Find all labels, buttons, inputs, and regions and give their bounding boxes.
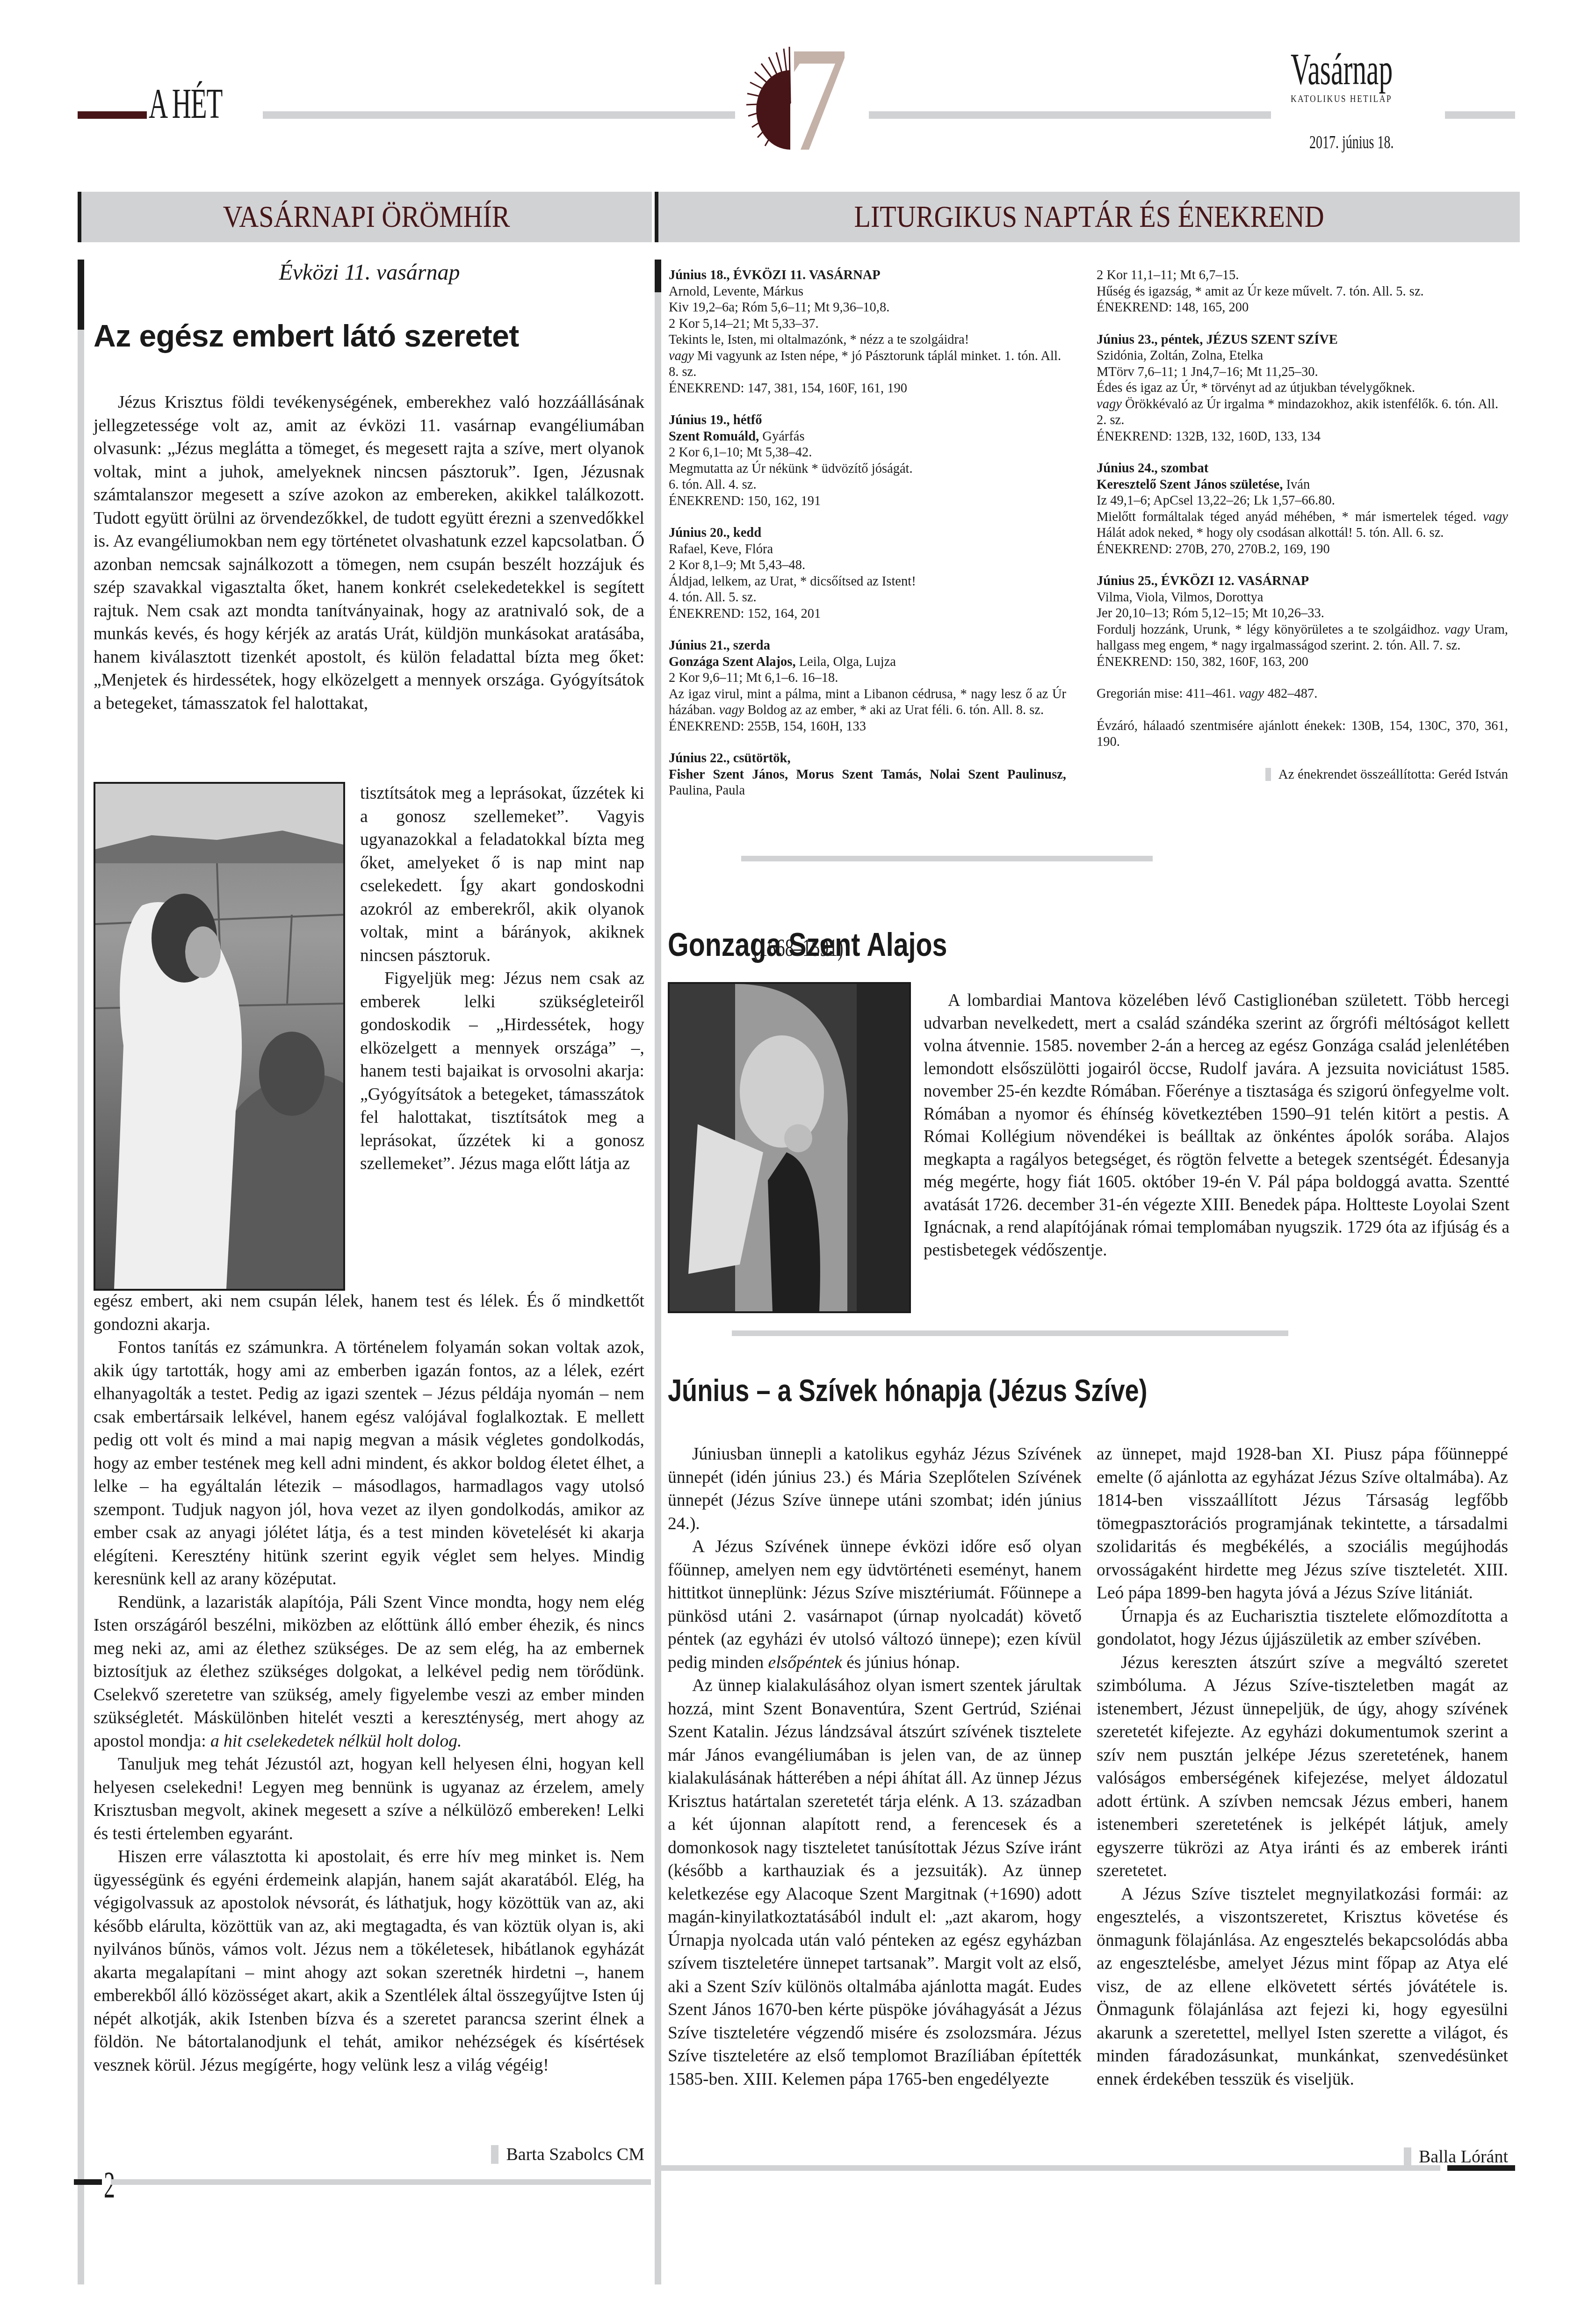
entry-date: Június 24., szombat	[1097, 461, 1508, 477]
author-byline: Balla Lóránt	[1097, 2147, 1508, 2167]
column-bar	[655, 292, 661, 2284]
entry-antiphon-alt: Örökkévaló az Úr irgalma * mindazokhoz, …	[1097, 397, 1498, 428]
paragraph: Jézus kereszten átszúrt szíve a megváltó…	[1097, 1651, 1508, 1883]
entry-date: Június 25., ÉVKÖZI 12. VASÁRNAP	[1097, 573, 1508, 590]
entry-antiphon: Mielőtt formáltalak téged anyád méhében,…	[1097, 510, 1476, 524]
page-number: 2	[104, 2164, 115, 2207]
entry-hymns: ÉNEKREND: 132B, 132, 160D, 133, 134	[1097, 429, 1508, 445]
section-title: LITURGIKUS NAPTÁR ÉS ÉNEKREND	[854, 199, 1324, 235]
entry-date: Június 19., hétfő	[669, 412, 1066, 429]
paragraph: A Jézus Szívének ünnepe évközi időre eső…	[668, 1535, 1082, 1674]
column-bar	[655, 260, 661, 292]
paragraph: Úrnapja és az Eucharisztia tisztelete el…	[1097, 1605, 1508, 1651]
calendar-col-2: 2 Kor 11,1–11; Mt 6,7–15. Hűség és igazs…	[1097, 267, 1508, 782]
entry-date: Június 20., kedd	[669, 525, 1066, 542]
gregorian-label: Gregorián mise: 411–461.	[1097, 687, 1235, 701]
author-name: Barta Szabolcs CM	[506, 2144, 644, 2165]
article-photo	[94, 782, 345, 1291]
calendar-entry: Június 25., ÉVKÖZI 12. VASÁRNAP Vilma, V…	[1097, 573, 1508, 670]
vagy-label: vagy	[1444, 622, 1470, 637]
divider-rule	[732, 1330, 1288, 1336]
paragraph-text: és június hónap.	[842, 1653, 960, 1672]
header-accent-bar	[78, 111, 147, 119]
paragraph: egész embert, aki nem csupán lélek, hane…	[94, 1290, 644, 1336]
sunburst-seven-icon	[739, 37, 860, 150]
paragraph: Az ünnep kialakulásához olyan ismert sze…	[668, 1674, 1082, 2091]
saint-painting-image	[670, 984, 909, 1311]
calendar-entry: Június 19., hétfő Szent Romuáld, Gyárfás…	[669, 412, 1066, 509]
paragraph: A lombardiai Mantova közelében lévő Cast…	[924, 990, 1509, 1262]
calendar-col-1: Június 18., ÉVKÖZI 11. VASÁRNAP Arnold, …	[669, 267, 1066, 815]
gregorian-alt: 482–487.	[1267, 687, 1317, 701]
vagy-label: vagy	[719, 703, 744, 717]
entry-antiphon: Fordulj hozzánk, Urunk, * légy könyörüle…	[1097, 622, 1440, 637]
paragraph: Hiszen erre választotta ki apostolait, é…	[94, 1845, 644, 2077]
column-bar	[78, 330, 84, 2284]
alajos-years: (1568–1591)	[753, 934, 843, 962]
footer-accent-bar	[74, 2179, 102, 2185]
entry-antiphon: Áldjad, lelkem, az Urat, * dicsőítsed az…	[669, 574, 1066, 590]
entry-hymns: ÉNEKREND: 152, 164, 201	[669, 606, 1066, 622]
entry-saints: Leila, Olga, Lujza	[796, 655, 896, 669]
entry-date: Június 23., péntek, JÉZUS SZENT SZÍVE	[1097, 332, 1508, 348]
entry-saint-bold: Fisher Szent János, Morus Szent Tamás, N…	[669, 767, 1066, 782]
calendar-entry: Június 21., szerda Gonzága Szent Alajos,…	[669, 638, 1066, 735]
article-body-bottom: egész embert, aki nem csupán lélek, hane…	[94, 1290, 644, 2077]
junius-heading: Június – a Szívek hónapja (Jézus Szíve)	[668, 1373, 1253, 1408]
junius-col-1: Júniusban ünnepli a katolikus egyház Jéz…	[668, 1443, 1082, 2091]
junius-col-2: az ünnepet, majd 1928-ban XI. Piusz pápa…	[1097, 1443, 1508, 2091]
entry-saints: Vilma, Viola, Vilmos, Dorottya	[1097, 590, 1508, 606]
entry-readings: Iz 49,1–6; ApCsel 13,22–26; Lk 1,57–66.8…	[1097, 493, 1508, 509]
week-logo	[739, 37, 860, 150]
calendar-entry-continued: 2 Kor 11,1–11; Mt 6,7–15. Hűség és igazs…	[1097, 267, 1508, 316]
entry-readings: MTörv 7,6–11; 1 Jn4,7–16; Mt 11,25–30.	[1097, 364, 1508, 381]
compiler-byline: Az énekrendet összeállította: Geréd Istv…	[1097, 766, 1508, 783]
entry-hymns: ÉNEKREND: 255B, 154, 160H, 133	[669, 719, 1066, 735]
entry-antiphon-alt: Hálát adok neked, * hogy oly csodásan al…	[1097, 526, 1444, 540]
entry-antiphon: Hűség és igazság, * amit az Úr keze műve…	[1097, 284, 1508, 300]
publication-subtitle: KATOLIKUS HETILAP	[1291, 93, 1418, 105]
entry-saints: Arnold, Levente, Márkus	[669, 284, 1066, 300]
paragraph: az ünnepet, majd 1928-ban XI. Piusz pápa…	[1097, 1443, 1508, 1605]
article-kicker: Évközi 11. vasárnap	[94, 260, 645, 285]
entry-saints: Szidónia, Zoltán, Zolna, Etelka	[1097, 348, 1508, 364]
vagy-label: vagy	[1239, 687, 1264, 701]
header-rule-end	[1445, 111, 1515, 119]
entry-saints: Iván	[1283, 477, 1310, 492]
paragraph: Júniusban ünnepli a katolikus egyház Jéz…	[668, 1443, 1082, 1535]
entry-readings: Jer 20,10–13; Róm 5,12–15; Mt 10,26–33.	[1097, 606, 1508, 622]
entry-date: Június 21., szerda	[669, 638, 1066, 654]
junius-title: Június – a Szívek hónapja (Jézus Szíve)	[668, 1373, 1148, 1408]
issue-date: 2017. június 18.	[1309, 131, 1394, 153]
entry-antiphon: Tekints le, Isten, mi oltalmazónk, * néz…	[669, 332, 1066, 348]
publication-name: Vasárnap	[1291, 47, 1389, 92]
entry-saints: Rafael, Keve, Flóra	[669, 542, 1066, 558]
entry-hymns: ÉNEKREND: 150, 162, 191	[669, 493, 1066, 510]
entry-antiphon: Megmutatta az Úr nékünk * üdvözítő jóság…	[669, 461, 1066, 477]
paragraph-text: Rendünk, a lazaristák alapítója, Páli Sz…	[94, 1593, 644, 1751]
compiler-name: Az énekrendet összeállította: Geréd Istv…	[1278, 766, 1508, 783]
calendar-entry: Június 18., ÉVKÖZI 11. VASÁRNAP Arnold, …	[669, 267, 1066, 397]
vagy-label: vagy	[1483, 510, 1508, 524]
entry-antiphon-alt: Boldog az az ember, * aki az Urat féli. …	[748, 703, 1044, 717]
entry-saints: Paulina, Paula	[669, 783, 745, 798]
entry-antiphon-alt: 6. tón. All. 4. sz.	[669, 477, 1066, 493]
entry-saint-bold: Keresztelő Szent János születése,	[1097, 477, 1283, 492]
entry-saint-bold: Szent Romuáld,	[669, 429, 759, 444]
column-bar	[78, 260, 84, 330]
first-friday: elsőpéntek	[768, 1653, 842, 1672]
entry-antiphon: Édes és igaz az Úr, * törvényt ad az útj…	[1097, 380, 1508, 397]
entry-readings: 2 Kor 11,1–11; Mt 6,7–15.	[1097, 267, 1508, 284]
divider-rule	[741, 856, 1153, 861]
calendar-entry: Június 20., kedd Rafael, Keve, Flóra 2 K…	[669, 525, 1066, 622]
entry-readings: 2 Kor 6,1–10; Mt 5,38–42.	[669, 445, 1066, 461]
entry-hymns: ÉNEKREND: 270B, 270, 270B.2, 169, 190	[1097, 542, 1508, 558]
entry-antiphon-alt: 4. tón. All. 5. sz.	[669, 590, 1066, 606]
publication-logo: Vasárnap KATOLIKUS HETILAP	[1291, 47, 1450, 105]
entry-hymns: ÉNEKREND: 150, 382, 160F, 163, 200	[1097, 654, 1508, 671]
footer-accent-bar-right	[1447, 2165, 1515, 2171]
header-rule-right	[869, 111, 1271, 119]
alajos-body: A lombardiai Mantova közelében lévő Cast…	[924, 990, 1509, 1262]
entry-date: Június 22., csütörtök,	[669, 751, 1066, 767]
header-rule-left	[263, 111, 735, 119]
entry-antiphon-alt: Mi vagyunk az Isten népe, * jó Pásztorun…	[669, 349, 1061, 380]
paragraph: Jézus Krisztus földi tevékenységének, em…	[94, 391, 644, 715]
paragraph: Rendünk, a lazaristák alapítója, Páli Sz…	[94, 1591, 644, 1753]
calendar-entry: Június 22., csütörtök, Fisher Szent Jáno…	[669, 751, 1066, 799]
article-headline: Az egész embert látó szeretet	[94, 318, 655, 354]
apostle-quote: a hit cselekedetek nélkül holt dolog.	[210, 1732, 462, 1751]
byline-marker	[491, 2145, 498, 2164]
paragraph-text: A Jézus Szívének ünnepe évközi időre eső…	[668, 1537, 1082, 1672]
entry-hymns: ÉNEKREND: 148, 165, 200	[1097, 300, 1508, 316]
paragraph: tisztítsátok meg a leprásokat, űzzétek k…	[360, 782, 644, 967]
calendar-entry: Június 24., szombat Keresztelő Szent Ján…	[1097, 461, 1508, 557]
vagy-label: vagy	[1097, 397, 1122, 412]
alajos-photo	[668, 982, 911, 1313]
author-name: Balla Lóránt	[1419, 2147, 1508, 2167]
footer-rule-left	[111, 2179, 651, 2185]
entry-readings: 2 Kor 8,1–9; Mt 5,43–48.	[669, 557, 1066, 574]
section-label: A HÉT	[149, 79, 222, 128]
paragraph: Tanuljuk meg tehát Jézustól azt, hogyan …	[94, 1753, 644, 1845]
entry-readings: 2 Kor 5,14–21; Mt 5,33–37.	[669, 316, 1066, 332]
paragraph: A Jézus Szíve tisztelet megnyilatkozási …	[1097, 1883, 1508, 2091]
entry-readings: 2 Kor 9,6–11; Mt 6,1–6. 16–18.	[669, 670, 1066, 687]
byline-marker	[1265, 768, 1271, 781]
section-title: VASÁRNAPI ÖRÖMHÍR	[223, 199, 510, 235]
section-header-naptar: LITURGIKUS NAPTÁR ÉS ÉNEKREND	[655, 192, 1520, 242]
entry-saints: Gyárfás	[759, 429, 804, 444]
article-body-top: Jézus Krisztus földi tevékenységének, em…	[94, 391, 644, 715]
footer-rule-right	[655, 2165, 1440, 2171]
paragraph: Figyeljük meg: Jézus nem csak az emberek…	[360, 967, 644, 1176]
author-byline: Barta Szabolcs CM	[94, 2144, 644, 2165]
entry-date: Június 18., ÉVKÖZI 11. VASÁRNAP	[669, 267, 1066, 284]
gregorian-mass: Gregorián mise: 411–461. vagy 482–487.	[1097, 686, 1508, 702]
entry-hymns: ÉNEKREND: 147, 381, 154, 160F, 161, 190	[669, 381, 1066, 397]
yearend-hymns: Évzáró, hálaadó szentmisére ajánlott éne…	[1097, 718, 1508, 751]
entry-saint-bold: Gonzága Szent Alajos,	[669, 655, 796, 669]
entry-readings: Kiv 19,2–6a; Róm 5,6–11; Mt 9,36–10,8.	[669, 300, 1066, 316]
calendar-entry: Június 23., péntek, JÉZUS SZENT SZÍVE Sz…	[1097, 332, 1508, 445]
vagy-label: vagy	[669, 349, 694, 363]
jesus-healing-image	[95, 784, 343, 1289]
section-header-oromhir: VASÁRNAPI ÖRÖMHÍR	[78, 192, 652, 242]
byline-marker	[1404, 2147, 1411, 2166]
article-wrap-text: tisztítsátok meg a leprásokat, űzzétek k…	[360, 782, 644, 1176]
paragraph: Fontos tanítás ez számunkra. A történele…	[94, 1336, 644, 1591]
